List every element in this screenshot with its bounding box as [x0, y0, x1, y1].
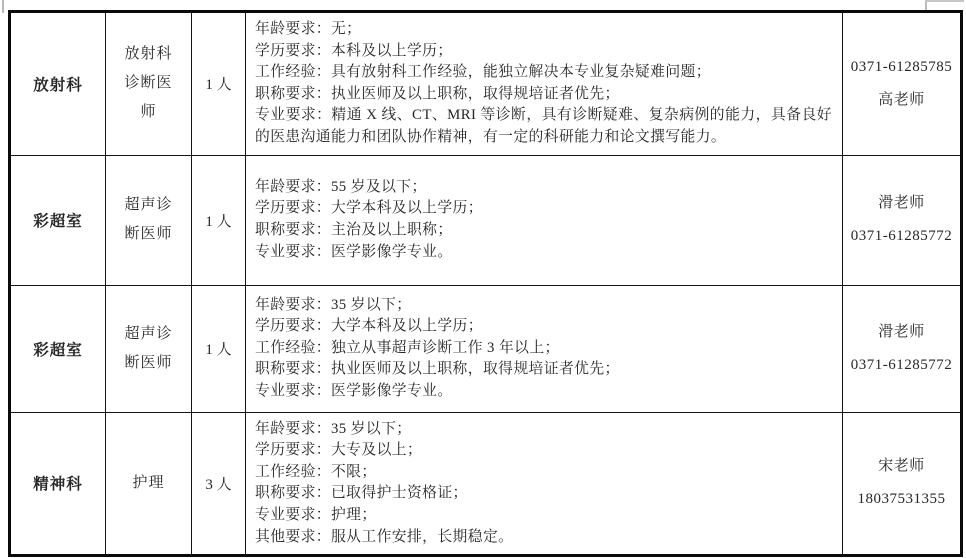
requirement-line: 其他要求：服从工作安排，长期稳定。	[255, 527, 832, 549]
contact-person: 宋老师	[844, 450, 959, 483]
requirement-line: 职称要求：主治及以上职称；	[255, 220, 832, 242]
requirement-line: 专业要求：医学影像学专业。	[255, 381, 832, 403]
requirement-line: 工作经验：具有放射科工作经验，能独立解决本专业复杂疑难问题；	[255, 62, 832, 84]
requirements-cell: 年龄要求：35 岁以下； 学历要求：大专及以上； 工作经验：不限； 职称要求：已…	[246, 412, 843, 556]
requirement-line: 专业要求：精通 X 线、CT、MRI 等诊断，具有诊断疑难、复杂病例的能力，具备…	[255, 105, 832, 148]
table-row: 精神科 护理 3 人 年龄要求：35 岁以下； 学历要求：大专及以上； 工作经验…	[10, 412, 962, 556]
requirement-line: 专业要求：医学影像学专业。	[255, 242, 832, 264]
table-row: 彩超室 超声诊断医师 1 人 年龄要求：35 岁以下； 学历要求：大学本科及以上…	[10, 285, 962, 412]
screenshot-edge-artifact-left	[2, 0, 4, 13]
contact-person: 滑老师	[844, 187, 959, 220]
requirements-cell: 年龄要求：55 岁及以下； 学历要求：大学本科及以上学历； 职称要求：主治及以上…	[246, 155, 843, 285]
table-row: 放射科 放射科诊断医师 1 人 年龄要求：无； 学历要求：本科及以上学历； 工作…	[10, 12, 962, 156]
requirement-line: 职称要求：执业医师及以上职称，取得规培证者优先；	[255, 84, 832, 106]
requirements-cell: 年龄要求：无； 学历要求：本科及以上学历； 工作经验：具有放射科工作经验，能独立…	[246, 12, 843, 156]
contact-phone: 0371-61285772	[844, 220, 959, 253]
headcount-cell: 1 人	[192, 155, 246, 285]
requirement-line: 职称要求：已取得护士资格证；	[255, 483, 832, 505]
requirement-line: 年龄要求：55 岁及以下；	[255, 177, 832, 199]
requirement-line: 学历要求：本科及以上学历；	[255, 41, 832, 63]
department-cell: 彩超室	[10, 285, 106, 412]
requirement-line: 职称要求：执业医师及以上职称，取得规培证者优先；	[255, 359, 832, 381]
requirements-cell: 年龄要求：35 岁以下； 学历要求：大学本科及以上学历； 工作经验：独立从事超声…	[246, 285, 843, 412]
contact-cell: 滑老师 0371-61285772	[843, 155, 962, 285]
requirement-line: 年龄要求：无；	[255, 19, 832, 41]
position-cell: 放射科诊断医师	[106, 12, 192, 156]
requirement-line: 工作经验：不限；	[255, 462, 832, 484]
contact-phone: 18037531355	[844, 483, 959, 516]
position-cell: 护理	[106, 412, 192, 556]
headcount-cell: 3 人	[192, 412, 246, 556]
contact-cell: 宋老师 18037531355	[843, 412, 962, 556]
department-cell: 放射科	[10, 12, 106, 156]
department-cell: 彩超室	[10, 155, 106, 285]
contact-cell: 0371-61285785 高老师	[843, 12, 962, 156]
requirement-line: 学历要求：大专及以上；	[255, 440, 832, 462]
contact-phone: 0371-61285785	[844, 51, 959, 84]
requirement-line: 学历要求：大学本科及以上学历；	[255, 198, 832, 220]
contact-person: 滑老师	[844, 316, 959, 349]
contact-phone: 0371-61285772	[844, 349, 959, 382]
requirement-line: 年龄要求：35 岁以下；	[255, 295, 832, 317]
position-cell: 超声诊断医师	[106, 155, 192, 285]
requirement-line: 工作经验：独立从事超声诊断工作 3 年以上；	[255, 338, 832, 360]
headcount-cell: 1 人	[192, 285, 246, 412]
recruitment-table: 放射科 放射科诊断医师 1 人 年龄要求：无； 学历要求：本科及以上学历； 工作…	[8, 10, 963, 557]
contact-person: 高老师	[844, 84, 959, 117]
requirement-line: 年龄要求：35 岁以下；	[255, 419, 832, 441]
headcount-cell: 1 人	[192, 12, 246, 156]
table-row: 彩超室 超声诊断医师 1 人 年龄要求：55 岁及以下； 学历要求：大学本科及以…	[10, 155, 962, 285]
department-cell: 精神科	[10, 412, 106, 556]
requirement-line: 学历要求：大学本科及以上学历；	[255, 316, 832, 338]
contact-cell: 滑老师 0371-61285772	[843, 285, 962, 412]
requirement-line: 专业要求：护理；	[255, 505, 832, 527]
position-cell: 超声诊断医师	[106, 285, 192, 412]
